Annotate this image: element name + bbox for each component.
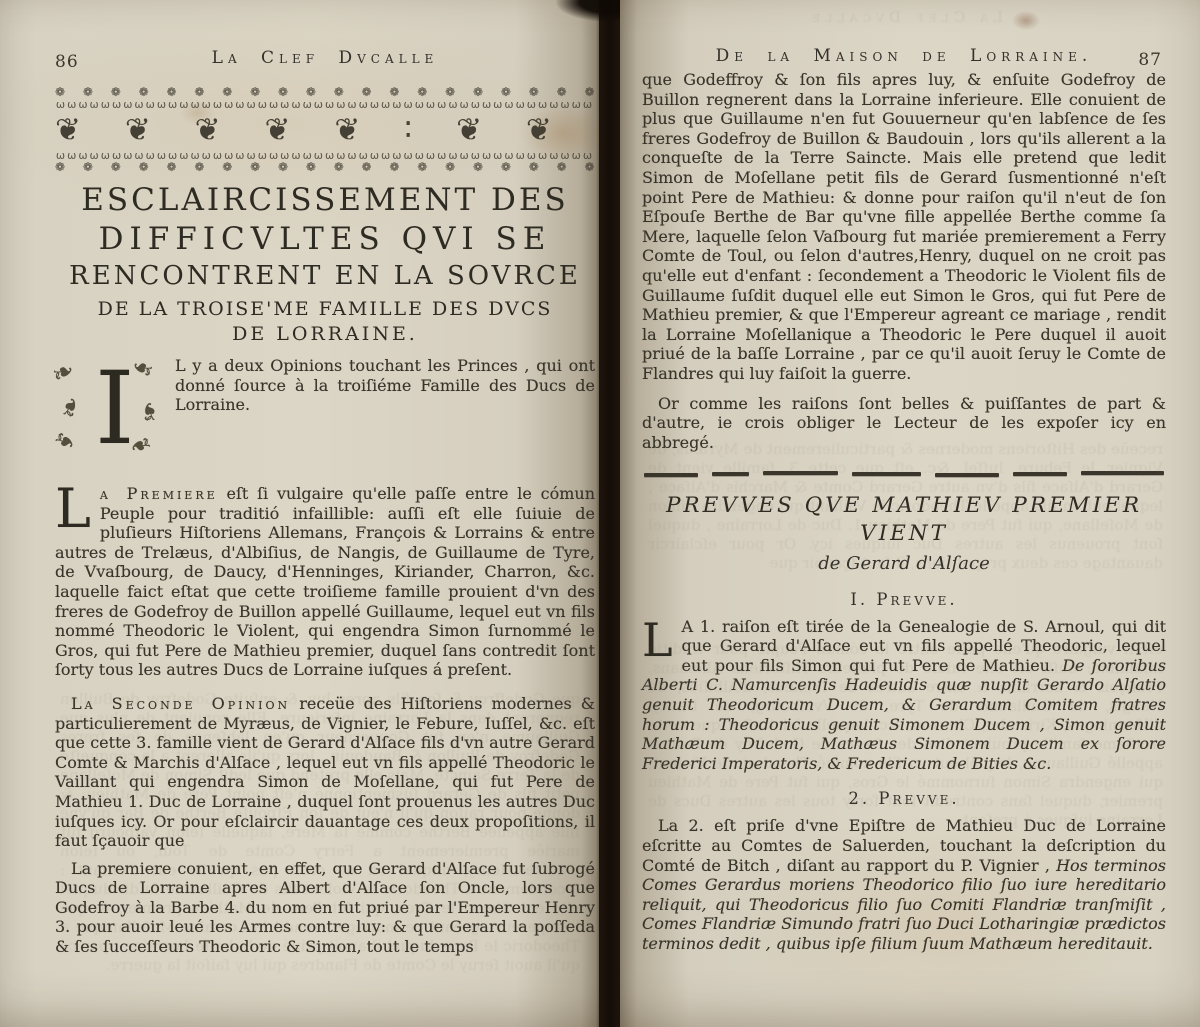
paragraph-or-comme: Or comme les raiſons ſont belles & puiſſ… <box>642 394 1166 453</box>
chapter-title: ESCLAIRCISSEMENT DES DIFFICVLTES QVI SE … <box>55 181 595 346</box>
paragraph-runs: A 1. raiſon eſt tirée de la Genealogie d… <box>642 617 1166 773</box>
paragraph-convient: La premiere conuient, en effet, que Gera… <box>55 859 595 957</box>
paragraph-proof1: L A 1. raiſon eſt tirée de la Genealogie… <box>642 617 1166 774</box>
rule-segment <box>644 473 698 476</box>
right-page-column: De la Maison de Lorraine. 87 que Godeffr… <box>642 44 1166 954</box>
paragraph-godefroy: que Godeffroy & ſon fils apres luy, & en… <box>642 70 1166 384</box>
right-running-title: De la Maison de Lorraine. <box>642 44 1166 66</box>
section-heading-line2: de Gerard d'Alſace <box>642 552 1166 576</box>
decorated-initial-I: ❧ ❧ ❧ ❧ ❧ ❧ I <box>55 358 161 470</box>
left-page: 86 La Clef Dvcalle ❁ ❁ ❁ ❁ ❁ ❁ ❁ ❁ ❁ ❁ ❁… <box>0 0 599 1027</box>
paragraph-proof2: La 2. eſt priſe d'vne Epiſtre de Mathieu… <box>642 816 1166 953</box>
ornament-scroll-row-icon: ωωωωωωωωωωωωωωωωωωωωωωωωωωωωωωωωωωωωωωωω… <box>55 150 595 161</box>
ornament-band: ❁ ❁ ❁ ❁ ❁ ❁ ❁ ❁ ❁ ❁ ❁ ❁ ❁ ❁ ❁ ❁ ❁ ❁ ❁ ❁ … <box>55 86 595 173</box>
ornament-scroll-row-icon: ωωωωωωωωωωωωωωωωωωωωωωωωωωωωωωωωωωωωωωωω… <box>55 99 595 110</box>
rule-segment <box>1013 472 1067 475</box>
paragraph-intro: ❧ ❧ ❧ ❧ ❧ ❧ I L y a deux Opinions toucha… <box>55 356 595 474</box>
chapter-title-line: DIFFICVLTES QVI SE <box>55 219 595 259</box>
proof1-heading: I. Prevve. <box>642 590 1166 609</box>
paragraph-seconde-opinion: La Seconde Opinion receüe des Hiſtoriens… <box>55 694 595 851</box>
foliage-leaf-icon: ❧ <box>137 400 158 423</box>
proof2-heading: 2. Prevve. <box>642 789 1166 808</box>
rule-segment <box>1081 471 1164 474</box>
left-page-number: 86 <box>55 52 79 72</box>
chapter-title-line: RENCONTRENT EN LA SOVRCE <box>55 259 595 293</box>
chapter-title-line: ESCLAIRCISSEMENT DES <box>55 181 595 219</box>
ornament-fleuron-row-icon: ❁ ❁ ❁ ❁ ❁ ❁ ❁ ❁ ❁ ❁ ❁ ❁ ❁ ❁ ❁ ❁ ❁ ❁ ❁ ❁ … <box>55 86 595 98</box>
right-page: De la Maison de Lorraine. 87 que Godeffr… <box>620 0 1200 1027</box>
drop-cap-L: L <box>642 617 682 659</box>
paragraph-premiere: L a Premiere eſt ſi vulgaire qu'elle paſ… <box>55 484 595 680</box>
rule-segment <box>763 471 838 474</box>
paragraph-text: receüe des Hiſtoriens modernes & particu… <box>55 694 595 850</box>
book-photo: 86 La Clef Dvcalle ❁ ❁ ❁ ❁ ❁ ❁ ❁ ❁ ❁ ❁ ❁… <box>0 0 1200 1027</box>
rule-segment <box>935 473 999 476</box>
paragraph-lead: a Premiere <box>100 484 218 503</box>
chapter-title-line: DE LA TROISE'ME FAMILLE DES DVCS <box>55 296 595 322</box>
right-page-number: 87 <box>1138 50 1162 70</box>
rule-segment <box>852 472 921 475</box>
ornament-hearts-row-icon: ❦ ❦ ❦ ❦ ❦ ∶ ❦ ❦ ❦ ❦ ❦ <box>55 112 595 148</box>
rule-segment <box>712 472 749 475</box>
ornament-fleuron-row-icon: ❁ ❁ ❁ ❁ ❁ ❁ ❁ ❁ ❁ ❁ ❁ ❁ ❁ ❁ ❁ ❁ ❁ ❁ ❁ ❁ … <box>55 161 595 173</box>
separator-rule <box>644 472 1164 475</box>
book-gutter-shadow <box>596 0 623 1027</box>
section-heading-line1: PREVVES QVE MATHIEV PREMIER VIENT <box>642 492 1166 548</box>
paragraph-text: eſt ſi vulgaire qu'elle paſſe entre le c… <box>55 484 595 679</box>
initial-letter: I <box>95 350 135 468</box>
drop-cap-L: L <box>55 484 100 530</box>
right-page-header: De la Maison de Lorraine. 87 <box>642 44 1166 70</box>
foliage-leaf-icon: ❧ <box>50 360 78 388</box>
left-page-column: 86 La Clef Dvcalle ❁ ❁ ❁ ❁ ❁ ❁ ❁ ❁ ❁ ❁ ❁… <box>55 46 595 957</box>
paragraph-lead: La Seconde Opinion <box>71 694 290 713</box>
show-through-text: La Clef Dvcalle <box>650 8 1160 32</box>
foliage-leaf-icon: ❧ <box>51 425 80 454</box>
left-running-title: La Clef Dvcalle <box>55 46 595 68</box>
left-page-header: 86 La Clef Dvcalle <box>55 46 595 76</box>
chapter-title-line: DE LORRAINE. <box>55 322 595 346</box>
foliage-leaf-icon: ❧ <box>60 395 83 420</box>
paragraph-text: L y a deux Opinions touchant les Princes… <box>175 356 595 414</box>
